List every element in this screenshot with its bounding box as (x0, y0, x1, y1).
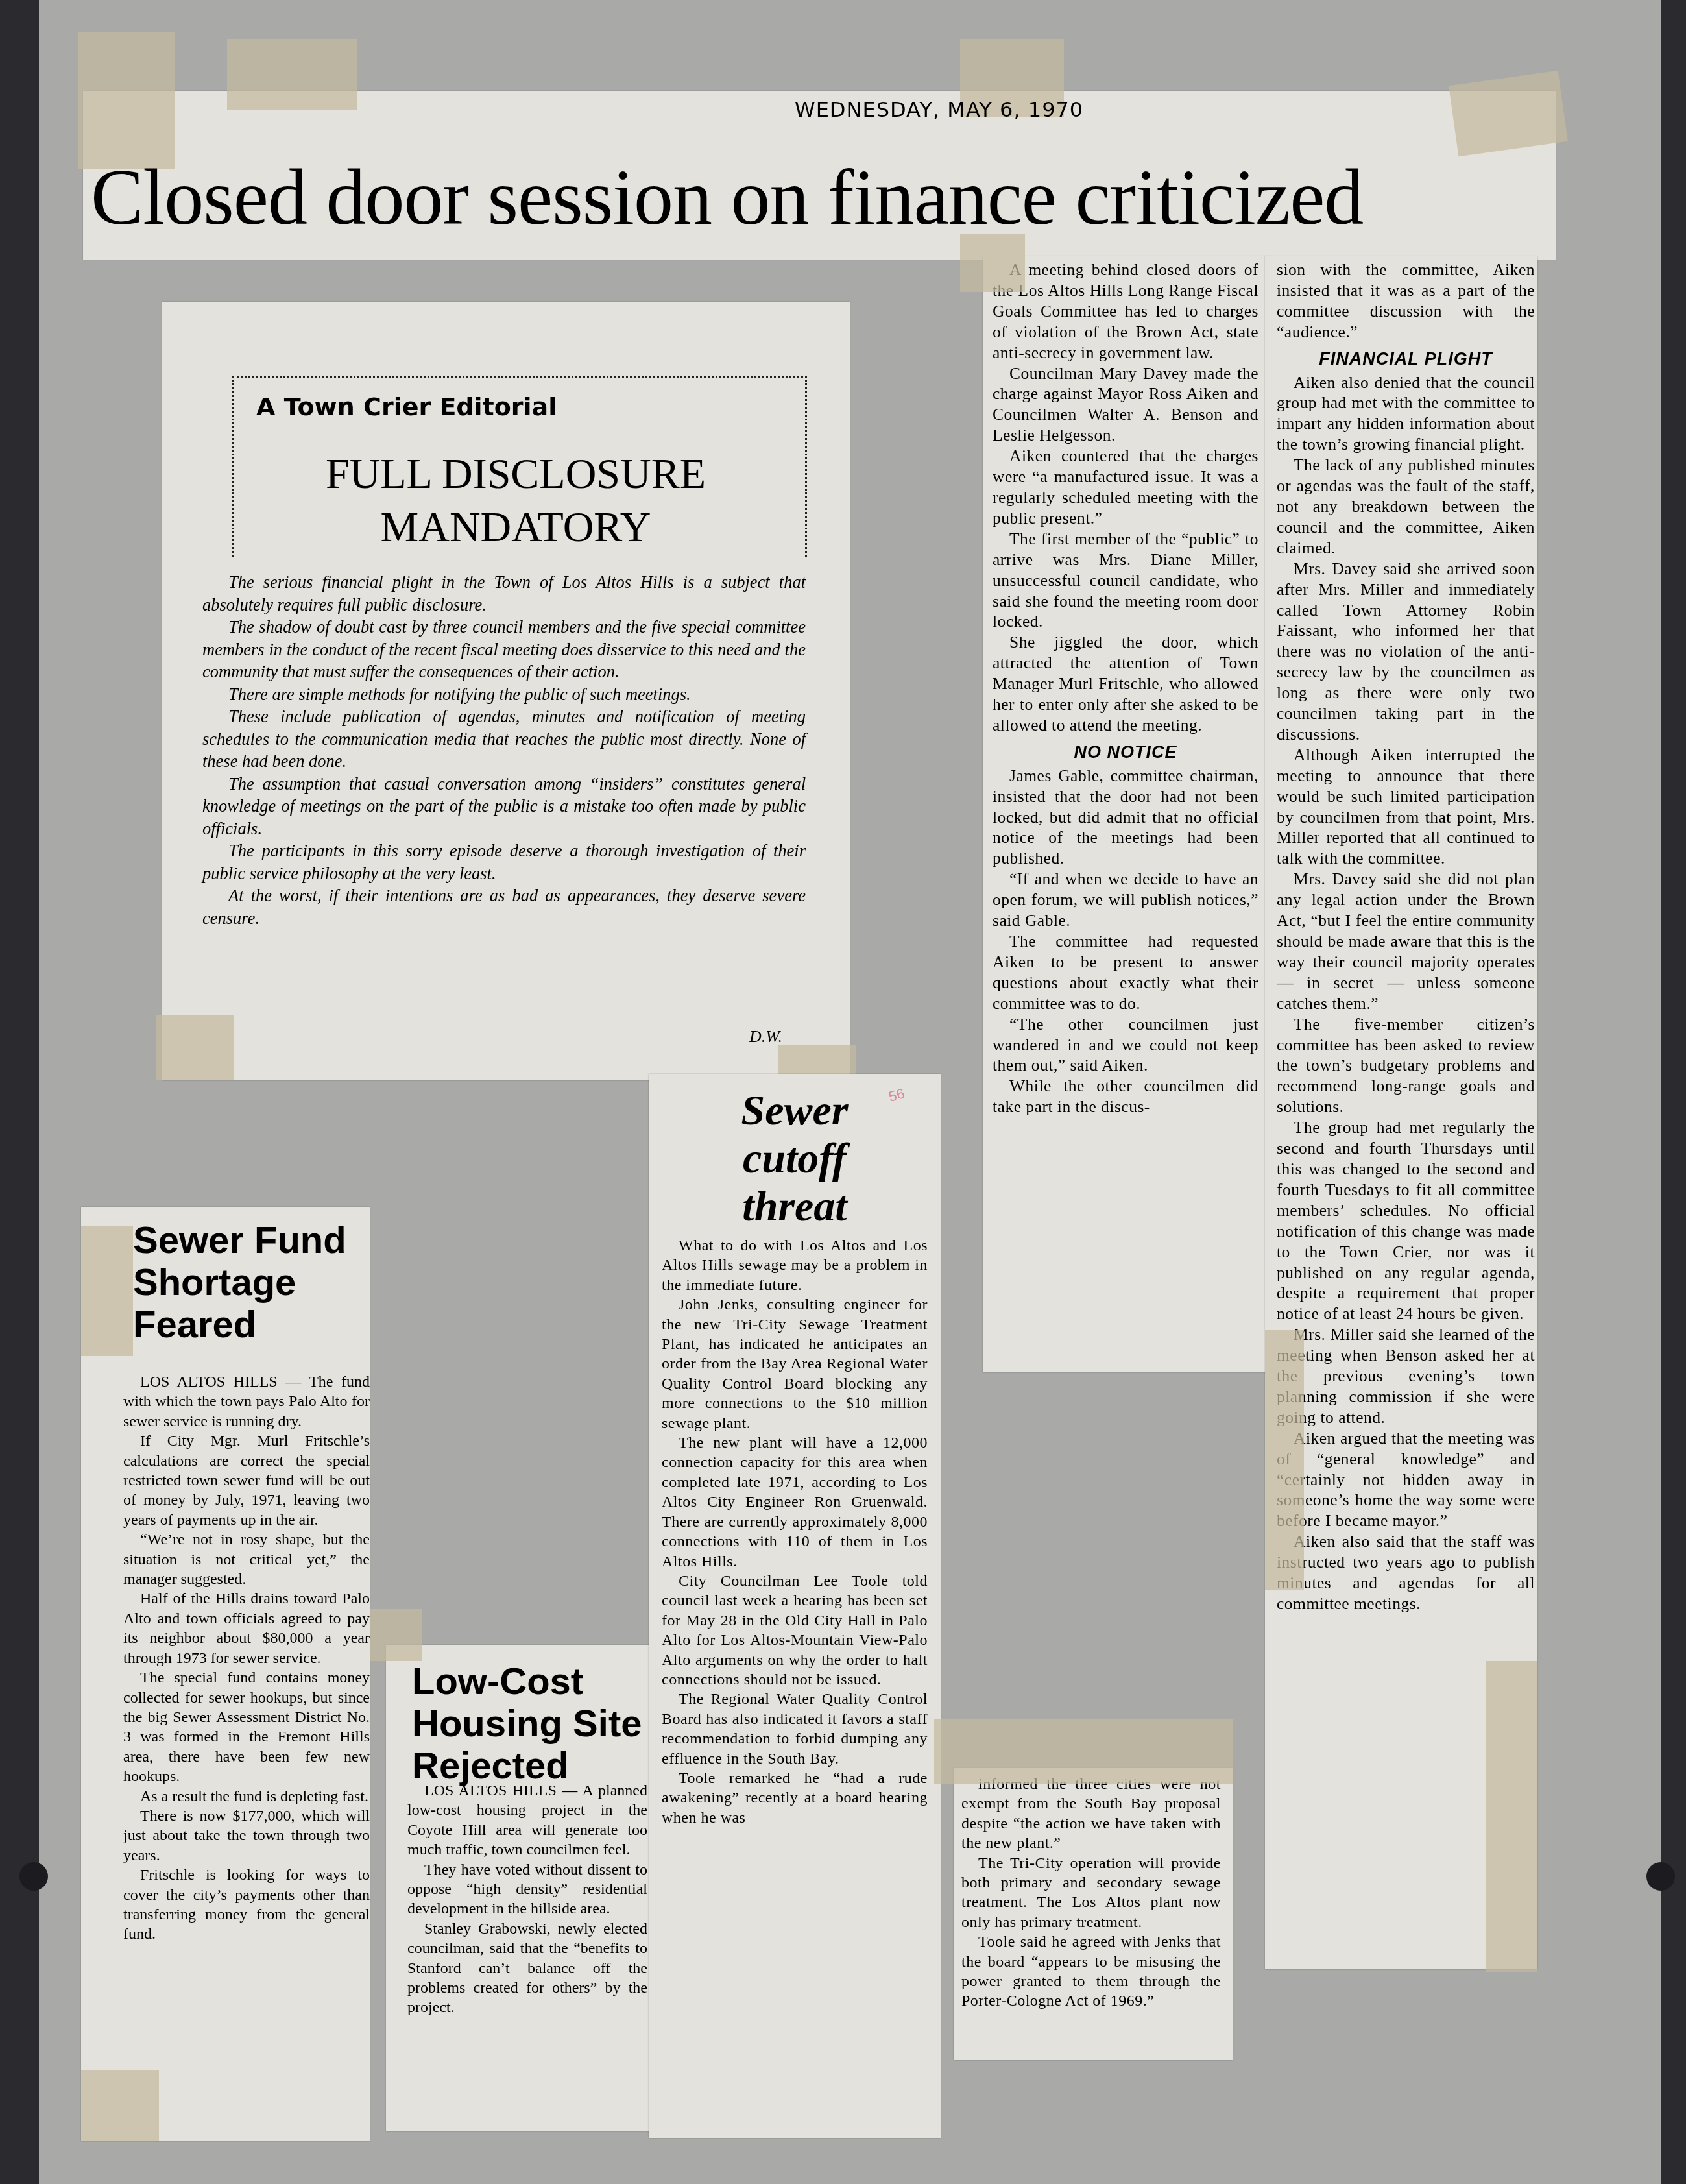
paragraph: LOS ALTOS HILLS — A planned low-cost hou… (407, 1781, 647, 1860)
paragraph: The Regional Water Quality Control Board… (662, 1690, 928, 1769)
paragraph: Mrs. Davey said she arrived soon after M… (1277, 559, 1535, 745)
tape (1449, 71, 1568, 157)
editorial-paragraph: There are simple methods for notifying t… (202, 683, 806, 706)
paragraph: What to do with Los Altos and Los Altos … (662, 1236, 928, 1295)
editorial-kicker: A Town Crier Editorial (256, 393, 557, 421)
paragraph: City Councilman Lee Toole told council l… (662, 1571, 928, 1690)
tape (1265, 1330, 1304, 1590)
editorial-signature: D.W. (749, 1027, 782, 1047)
editorial-paragraph: These include publication of agendas, mi… (202, 705, 806, 773)
paragraph: The Tri-City operation will provide both… (961, 1854, 1221, 1933)
tape (1486, 1661, 1537, 1972)
tape (227, 39, 357, 110)
tape (81, 2070, 159, 2141)
paragraph: While the other councilmen did take part… (993, 1076, 1258, 1117)
tape (934, 1719, 1233, 1784)
binder-hole (1646, 1862, 1675, 1891)
paragraph: If City Mgr. Murl Fritschle’s calculatio… (123, 1431, 370, 1530)
paragraph: Aiken also denied that the council group… (1277, 372, 1535, 455)
editorial-body: The serious financial plight in the Town… (202, 571, 806, 929)
headline-line: Feared (133, 1304, 367, 1346)
paragraph: The committee had requested Aiken to be … (993, 931, 1258, 1014)
paragraph: The group had met regularly the second a… (1277, 1117, 1535, 1324)
paragraph: Aiken also said that the staff was instr… (1277, 1531, 1535, 1614)
dateline: WEDNESDAY, MAY 6, 1970 (795, 97, 1083, 122)
tape (81, 1226, 133, 1356)
subhead: FINANCIAL PLIGHT (1277, 349, 1535, 370)
editorial-paragraph: The participants in this sorry episode d… (202, 840, 806, 884)
sewer-cutoff-body: What to do with Los Altos and Los Altos … (662, 1236, 928, 1828)
paragraph: John Jenks, consulting engineer for the … (662, 1295, 928, 1433)
paragraph: Councilman Mary Davey made the charge ag… (993, 363, 1258, 446)
paragraph: Half of the Hills drains toward Palo Alt… (123, 1589, 370, 1668)
article-column-2: sion with the committee, Aiken insisted … (1277, 260, 1535, 1614)
tape (78, 32, 175, 169)
sewer-cutoff-continuation: informed the three cities were not exemp… (961, 1775, 1221, 2011)
paragraph: sion with the committee, Aiken insisted … (1277, 260, 1535, 343)
headline-line: threat (649, 1183, 941, 1231)
subhead: NO NOTICE (993, 742, 1258, 763)
editorial-title: FULL DISCLOSURE MANDATORY (214, 448, 817, 554)
paragraph: LOS ALTOS HILLS — The fund with which th… (123, 1372, 370, 1431)
paragraph: As a result the fund is depleting fast. (123, 1787, 370, 1806)
editorial-title-line: MANDATORY (214, 501, 817, 554)
paragraph: Aiken argued that the meeting was of “ge… (1277, 1428, 1535, 1532)
paragraph: Toole said he agreed with Jenks that the… (961, 1932, 1221, 2011)
paragraph: There is now $177,000, which will just a… (123, 1806, 370, 1865)
sewer-cutoff-headline: Sewercutoffthreat (649, 1087, 941, 1231)
paragraph: A meeting behind closed doors of the Los… (993, 260, 1258, 363)
editorial-paragraph: At the worst, if their intentions are as… (202, 884, 806, 929)
editorial-paragraph: The shadow of doubt cast by three counci… (202, 616, 806, 683)
paragraph: Mrs. Davey said she did not plan any leg… (1277, 869, 1535, 1013)
article-column-1: A meeting behind closed doors of the Los… (993, 260, 1258, 1117)
paragraph: The new plant will have a 12,000 connect… (662, 1433, 928, 1571)
paragraph: Although Aiken interrupted the meeting t… (1277, 745, 1535, 869)
paragraph: Mrs. Miller said she learned of the meet… (1277, 1324, 1535, 1428)
headline-line: cutoff (649, 1135, 941, 1183)
page-headline: Closed door session on finance criticize… (91, 152, 1363, 243)
paragraph: “The other councilmen just wandered in a… (993, 1014, 1258, 1076)
paragraph: Toole remarked he “had a rude awakening”… (662, 1769, 928, 1828)
sewer-fund-headline: Sewer FundShortageFeared (133, 1220, 367, 1346)
paragraph: “If and when we decide to have an open f… (993, 869, 1258, 931)
tape (960, 234, 1025, 292)
paragraph: informed the three cities were not exemp… (961, 1775, 1221, 1854)
paragraph: They have voted without dissent to oppos… (407, 1860, 647, 1919)
headline-line: Sewer Fund (133, 1220, 367, 1262)
paragraph: The lack of any published minutes or age… (1277, 455, 1535, 559)
paragraph: Stanley Grabowski, newly elected council… (407, 1919, 647, 2018)
paragraph: “We’re not in rosy shape, but the situat… (123, 1530, 370, 1589)
headline-line: Shortage (133, 1262, 367, 1304)
housing-body: LOS ALTOS HILLS — A planned low-cost hou… (407, 1781, 647, 2018)
sewer-fund-body: LOS ALTOS HILLS — The fund with which th… (123, 1372, 370, 1945)
paragraph: James Gable, committee chairman, insiste… (993, 766, 1258, 869)
paragraph: Aiken countered that the charges were “a… (993, 446, 1258, 529)
paragraph: Fritschle is looking for ways to cover t… (123, 1865, 370, 1945)
headline-line: Housing Site (412, 1703, 652, 1745)
binder-hole (19, 1862, 48, 1891)
tape (156, 1015, 234, 1080)
paragraph: The five-member citizen’s committee has … (1277, 1014, 1535, 1118)
headline-line: Low-Cost (412, 1661, 652, 1703)
tape (370, 1609, 422, 1661)
paragraph: She jiggled the door, which attracted th… (993, 632, 1258, 736)
paragraph: The first member of the “public” to arri… (993, 529, 1258, 633)
editorial-paragraph: The assumption that casual conversation … (202, 773, 806, 840)
editorial-title-line: FULL DISCLOSURE (214, 448, 817, 501)
editorial-paragraph: The serious financial plight in the Town… (202, 571, 806, 616)
paragraph: The special fund contains money collecte… (123, 1668, 370, 1786)
housing-headline: Low-CostHousing SiteRejected (412, 1661, 652, 1788)
